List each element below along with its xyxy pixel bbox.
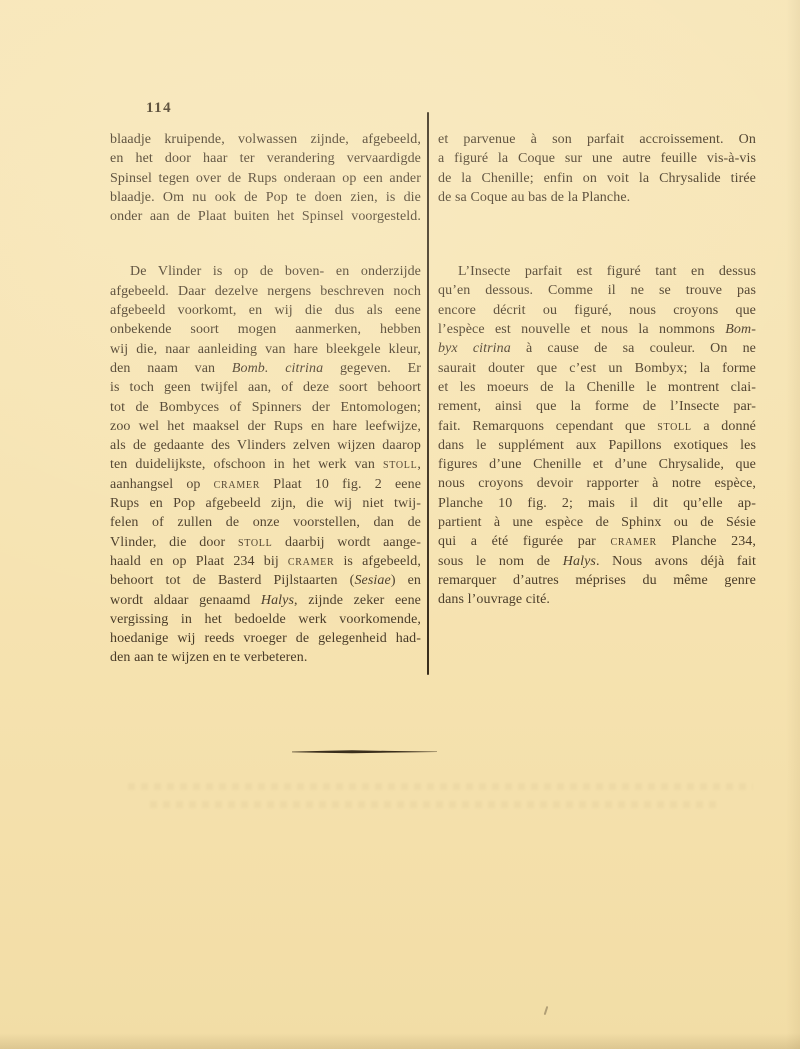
ink-speck xyxy=(544,1006,548,1015)
page-showthrough-smudge xyxy=(150,801,720,808)
text-line: nous croyons devoir rapporter à notre es… xyxy=(438,474,756,493)
text-line: et parvenue à son parfait accroissement.… xyxy=(438,130,756,149)
text-line: dans l’ouvrage cité. xyxy=(438,590,756,609)
paragraph-dutch-2: De Vlinder is op de boven- en onderzijde… xyxy=(110,262,421,667)
text-line: wordt aldaar genaamd Halys, zijnde zeker… xyxy=(110,591,421,610)
text-line: blaadje kruipende, volwassen zijnde, afg… xyxy=(110,130,421,149)
text-line: Spinsel tegen over de Rups onderaan op e… xyxy=(110,169,421,188)
text-line: vergissing in het bedoelde werk voorkome… xyxy=(110,610,421,629)
text-line: encore décrit ou figuré, nous croyons qu… xyxy=(438,301,756,320)
left-column-dutch-text: blaadje kruipende, volwassen zijnde, afg… xyxy=(110,130,421,668)
text-line: partient à une espèce de Sphinx ou de Sé… xyxy=(438,513,756,532)
text-line: Planche 10 fig. 2; mais il dit qu’elle a… xyxy=(438,494,756,513)
text-line: aanhangsel op cramer Plaat 10 fig. 2 een… xyxy=(110,475,421,494)
text-line: rement, ainsi que la forme de l’Insecte … xyxy=(438,397,756,416)
text-line: de sa Coque au bas de la Planche. xyxy=(438,188,756,207)
text-line: hoedanige wij reeds vroeger de gelegenhe… xyxy=(110,629,421,648)
section-divider-swelled-rule-icon xyxy=(292,749,437,755)
paragraph-french-2: L’Insecte parfait est figuré tant en des… xyxy=(438,262,756,609)
text-line: en het door haar ter verandering vervaar… xyxy=(110,149,421,168)
text-line: onder aan de Plaat buiten het Spinsel vo… xyxy=(110,207,421,226)
text-line: afgebeeld voorkomt, en wij die dus als e… xyxy=(110,301,421,320)
text-line: felen of zullen de onze voorstellen, dan… xyxy=(110,513,421,532)
text-line: l’espèce est nouvelle et nous la nommons… xyxy=(438,320,756,339)
text-line: afgebeeld. Daar dezelve nergens beschrev… xyxy=(110,282,421,301)
text-line: de la Chenille; enfin on voit la Chrysal… xyxy=(438,169,756,188)
text-line: ten duidelijkste, ofschoon in het werk v… xyxy=(110,455,421,474)
text-line: dans le supplément aux Papillons exotiqu… xyxy=(438,436,756,455)
text-line: byx citrina à cause de sa couleur. On ne xyxy=(438,339,756,358)
right-column-french-text: et parvenue à son parfait accroissement.… xyxy=(438,130,756,610)
text-line: L’Insecte parfait est figuré tant en des… xyxy=(438,262,756,281)
text-line: sous le nom de Halys. Nous avons déjà fa… xyxy=(438,552,756,571)
text-line: figures d’une Chenille et d’une Chrysali… xyxy=(438,455,756,474)
text-line: haald en op Plaat 234 bij cramer is afge… xyxy=(110,552,421,571)
text-line: den aan te wijzen en te verbeteren. xyxy=(110,648,421,667)
text-line: wij die, naar aanleiding van hare bleekg… xyxy=(110,340,421,359)
text-line: zoo wel het maaksel der Rups en hare lee… xyxy=(110,417,421,436)
text-line: remarquer d’autres méprises du même genr… xyxy=(438,571,756,590)
page-showthrough-smudge xyxy=(128,783,753,790)
paragraph-french-1: et parvenue à son parfait accroissement.… xyxy=(438,130,756,207)
page-number: 114 xyxy=(146,100,172,117)
paragraph-dutch-1: blaadje kruipende, volwassen zijnde, afg… xyxy=(110,130,421,226)
text-line: Rups en Pop afgebeeld zijn, die wij niet… xyxy=(110,494,421,513)
text-line: tot de Bombyces of Spinners der Entomolo… xyxy=(110,398,421,417)
book-page: 114 blaadje kruipende, volwassen zijnde,… xyxy=(0,0,800,1049)
text-line: is toch geen twijfel aan, of deze soort … xyxy=(110,378,421,397)
text-line: fait. Remarquons cependant que stoll a d… xyxy=(438,417,756,436)
text-line: qui a été figurée par cramer Planche 234… xyxy=(438,532,756,551)
text-line: qu’en dessous. Comme il ne se trouve pas xyxy=(438,281,756,300)
text-line: onbekende soort mogen aanmerken, hebben xyxy=(110,320,421,339)
column-divider-rule xyxy=(427,112,429,675)
text-line: blaadje. Om nu ook de Pop te doen zien, … xyxy=(110,188,421,207)
text-line: den naam van Bomb. citrina gegeven. Er xyxy=(110,359,421,378)
text-line: et les moeurs de la Chenille le montrent… xyxy=(438,378,756,397)
text-line: behoort tot de Basterd Pijlstaarten (Ses… xyxy=(110,571,421,590)
text-line: als de gedaante des Vlinders zelven wijz… xyxy=(110,436,421,455)
text-line: saurait douter que c’est un Bombyx; la f… xyxy=(438,359,756,378)
text-line: Vlinder, die door stoll daarbij wordt aa… xyxy=(110,533,421,552)
text-line: a figuré la Coque sur une autre feuille … xyxy=(438,149,756,168)
text-line: De Vlinder is op de boven- en onderzijde xyxy=(110,262,421,281)
